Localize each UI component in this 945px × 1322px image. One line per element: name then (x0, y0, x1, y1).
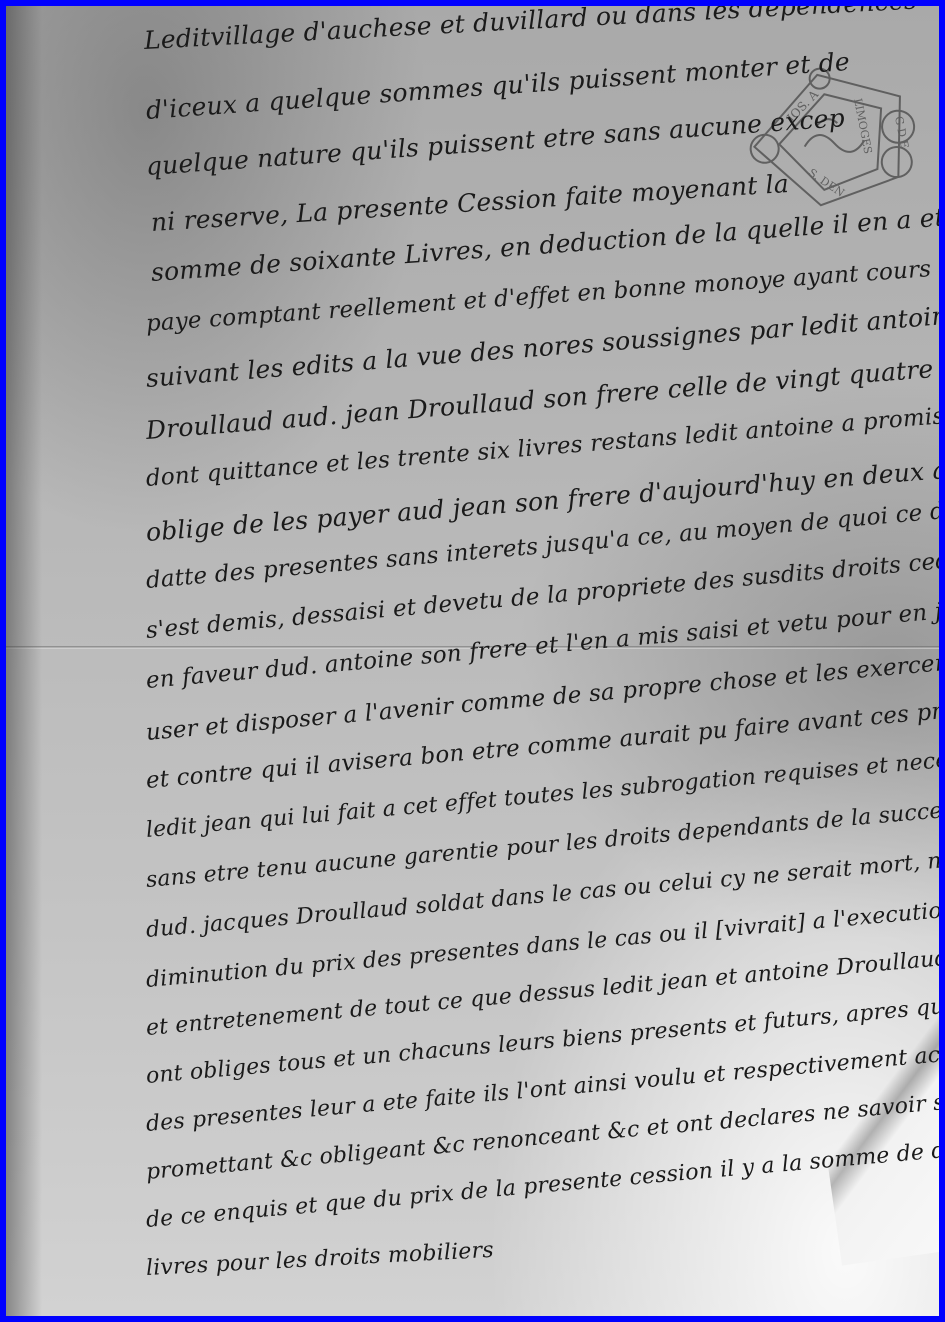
document-frame: IOS. A LIMOGES G D E S. DEN Leditvillage… (6, 6, 939, 1316)
stamp-text-right: G D E (892, 115, 911, 150)
